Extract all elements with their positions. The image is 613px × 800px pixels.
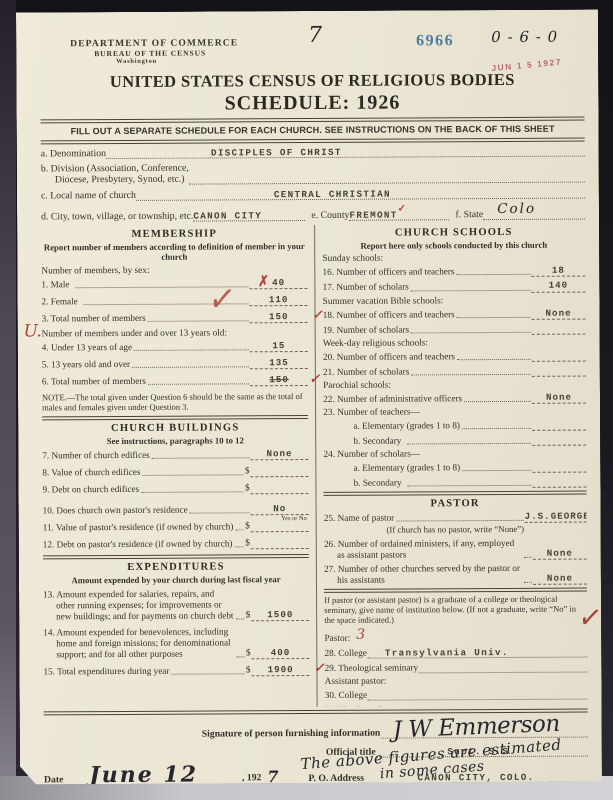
field-value-handwritten: Colo — [483, 201, 536, 217]
answer-cell: 150 ✓ — [250, 374, 308, 386]
answer-value — [532, 433, 586, 445]
field-value: DISCIPLES OF CHRIST — [211, 147, 342, 159]
census-form-paper: DEPARTMENT OF COMMERCE BUREAU OF THE CEN… — [16, 9, 602, 784]
answer-value — [532, 364, 586, 376]
answer-value — [532, 418, 586, 430]
red-check-icon: ✓ — [312, 307, 323, 323]
form-row-edifices: 7. Number of church edifices None — [42, 448, 308, 461]
field-value: CANON CITY — [193, 210, 262, 221]
form-row-pastor-seminary: 29. Theological seminary — [325, 660, 588, 673]
buildings-title: CHURCH BUILDINGS — [42, 422, 308, 434]
field-line — [189, 171, 585, 185]
field-label: f. State — [449, 209, 483, 220]
dollar-sign: $ — [245, 483, 250, 494]
field-label: c. Local name of church — [41, 190, 136, 201]
expenditures-subtitle: Amount expended by your church during la… — [43, 574, 309, 586]
question-label: 31. Theological seminary — [325, 704, 419, 708]
question-label: 10. Does church own pastor's residence — [43, 505, 188, 517]
answer-value: 18 — [531, 265, 585, 277]
pastor-name-hint: (If church has no pastor, write “None”) — [324, 523, 587, 534]
answer-value — [532, 349, 586, 361]
question-label: 18. Number of officers and teachers — [323, 309, 455, 321]
printed-year: , 192 — [242, 772, 261, 783]
answer-value: 110 — [250, 294, 308, 306]
dotted-leader — [524, 556, 532, 557]
form-row-assistant-college: 30. College — [325, 687, 588, 700]
answer-value: Transylvania Univ. — [367, 647, 509, 659]
answer-cell — [532, 349, 586, 361]
form-row-assistant-ministers: 26. Number of ordained ministers, if any… — [324, 537, 587, 560]
dotted-leader — [148, 383, 249, 385]
answer-cell — [532, 460, 586, 472]
question-label: 28. College — [324, 648, 366, 659]
form-row-parochial-officers: 22. Number of administrative officers No… — [323, 391, 586, 404]
answer-cell — [532, 433, 586, 445]
backdrop-left-band — [0, 0, 16, 800]
form-row-male: 1. Male ✗ 40 — [41, 277, 307, 290]
pastor-heading-label: Pastor: — [324, 634, 350, 644]
field-label: d. City, town, village, or township, etc… — [41, 211, 193, 223]
form-row-pastor-name: 25. Name of pastor J.S.GEORGE — [324, 510, 587, 523]
answer-value — [532, 475, 586, 487]
date-label: Date — [44, 774, 63, 785]
form-row-scholars-secondary: b. Secondary — [324, 475, 587, 488]
answer-value: None — [533, 547, 587, 559]
rule — [324, 490, 587, 495]
red-handwritten-mark: 3 — [356, 627, 365, 643]
field-line: CANON CITY — [193, 209, 305, 222]
dotted-leader — [462, 469, 531, 470]
question-label: 3. Total number of members — [42, 313, 146, 325]
dotted-leader — [411, 373, 531, 375]
answer-cell: $ 1900 ✓ — [246, 664, 310, 676]
form-row-sunday-officers: 16. Number of officers and teachers 18 — [322, 265, 585, 278]
field-denomination: a. Denomination DISCIPLES OF CHRIST — [41, 145, 585, 160]
form-row-residence-debt: 12. Debt on pastor's residence (if owned… — [43, 537, 309, 550]
rule — [43, 554, 309, 559]
dotted-leader — [237, 656, 245, 657]
form-columns: MEMBERSHIP Report number of members acco… — [41, 224, 588, 709]
question-label: b. Secondary — [354, 477, 406, 488]
question-label: 14. Amount expended for benevolences, in… — [43, 626, 235, 660]
answer-value: No — [251, 503, 309, 515]
answer-value: 140 — [531, 280, 585, 292]
answer-cell: None — [532, 307, 586, 319]
form-row-total-members-age: 6. Total number of members 150 ✓ — [42, 374, 308, 387]
question-label: 15. Total expenditures during year — [43, 666, 169, 678]
form-row-edifice-value: 8. Value of church edifices $ — [42, 465, 308, 478]
date-line: June 12 , 192 — [63, 772, 263, 785]
question-label: a. Elementary (grades 1 to 8) — [353, 420, 460, 432]
form-header: DEPARTMENT OF COMMERCE BUREAU OF THE CEN… — [40, 22, 585, 145]
schools-subtitle: Report here only schools conducted by th… — [322, 240, 585, 252]
question-heading: 24. Number of scholars— — [323, 448, 586, 459]
dollar-sign: $ — [245, 466, 250, 477]
answer-line — [418, 660, 587, 673]
red-x-icon: ✗ — [258, 272, 269, 292]
question-label: b. Secondary — [353, 435, 405, 446]
form-row-weekday-scholars: 21. Number of scholars — [323, 364, 586, 377]
answer-value: 15 — [250, 340, 308, 352]
handwritten-code: 0 - 6 - 0 — [491, 28, 558, 46]
dollar-sign: $ — [246, 610, 251, 621]
field-line: CENTRAL CHRISTIAN — [136, 187, 585, 201]
dotted-leader — [132, 366, 249, 368]
answer-value-struck: 150 — [250, 374, 308, 386]
answer-value: 400 — [251, 647, 309, 659]
answer-cell: None — [250, 448, 308, 460]
dotted-leader — [407, 442, 531, 444]
field-label-line1: b. Division (Association, Conference, — [41, 163, 189, 175]
right-column: CHURCH SCHOOLS Report here only schools … — [315, 224, 587, 707]
question-label: 11. Value of pastor's residence (if owne… — [43, 522, 234, 534]
red-check-icon: ✓ — [314, 660, 325, 676]
dotted-leader — [407, 484, 531, 486]
rule — [41, 138, 585, 145]
form-row-total-members: 3. Total number of members 150 ✓ — [42, 311, 308, 324]
question-label: 27. Number of other churches served by t… — [324, 563, 522, 586]
dotted-leader — [152, 458, 250, 460]
field-line: FREMONT✓ — [349, 208, 449, 221]
answer-value — [532, 460, 586, 472]
rule — [42, 415, 308, 420]
spacer — [44, 740, 202, 741]
question-label: 1. Male — [41, 279, 73, 290]
schools-title: CHURCH SCHOOLS — [322, 227, 585, 239]
question-label: 29. Theological seminary — [325, 662, 419, 674]
question-label: 19. Number of scholars — [323, 324, 409, 335]
answer-cell — [532, 322, 586, 334]
form-row-scholars-elementary: a. Elementary (grades 1 to 8) — [324, 460, 587, 473]
field-line: Colo — [483, 203, 585, 221]
answer-value — [251, 465, 309, 477]
field-value: FREMONT — [349, 210, 397, 221]
group-heading: Summer vacation Bible schools: — [323, 295, 586, 306]
form-row-weekday-officers: 20. Number of officers and teachers — [323, 349, 586, 362]
field-division: b. Division (Association, Conference, Di… — [41, 161, 585, 186]
answer-value: 1900 — [252, 664, 310, 676]
answer-value: None — [532, 307, 586, 319]
answer-cell: $ — [245, 520, 309, 532]
form-title: UNITED STATES CENSUS OF RELIGIOUS BODIES — [40, 70, 584, 93]
form-row-own-residence: 10. Does church own pastor's residence N… — [43, 503, 309, 516]
form-row-sunday-scholars: 17. Number of scholars 140 — [323, 280, 586, 293]
expenditures-title: EXPENDITURES — [43, 561, 309, 573]
form-row-pastor-college: 28. College Transylvania Univ. — [324, 645, 587, 659]
question-label: 22. Number of administrative officers — [323, 393, 462, 405]
spacer — [44, 758, 326, 759]
dollar-sign: $ — [245, 538, 250, 549]
group-heading: Week-day religious schools: — [323, 337, 586, 348]
red-check-icon: ✓ — [398, 203, 406, 214]
dotted-leader — [457, 274, 531, 275]
answer-value — [251, 520, 309, 532]
dotted-leader — [524, 582, 532, 583]
buildings-subtitle: See instructions, paragraphs 10 to 12 — [42, 435, 308, 447]
dotted-leader — [148, 320, 249, 322]
answer-line — [367, 687, 588, 700]
answer-cell: 110 — [250, 294, 308, 306]
red-check-icon: ✓ — [309, 371, 320, 387]
field-line: DISCIPLES OF CHRIST — [106, 145, 585, 160]
answer-cell — [532, 418, 586, 430]
answer-cell: 15 — [250, 340, 308, 352]
handwritten-page-number: 7 — [308, 23, 322, 48]
answer-cell — [532, 364, 586, 376]
answer-cell: 18 — [531, 265, 585, 277]
answer-cell: None — [533, 572, 587, 584]
dotted-leader — [396, 519, 523, 521]
form-row-13-and-over: 5. 13 years old and over 135 — [42, 357, 308, 370]
answer-cell: 150 ✓ — [250, 311, 308, 323]
group-heading: Sunday schools: — [322, 253, 585, 264]
red-margin-mark: U. — [24, 321, 42, 341]
serial-number: 6966 — [416, 32, 454, 50]
question-label: 13. Amount expended for salaries, repair… — [43, 588, 235, 622]
form-row-total-expenditures: 15. Total expenditures during year $ 190… — [43, 664, 309, 677]
membership-note: NOTE.—The total given under Question 6 s… — [42, 391, 308, 413]
question-label: 30. College — [325, 690, 367, 701]
dotted-leader — [235, 530, 244, 531]
form-subtitle: SCHEDULE: 1926 — [40, 91, 584, 117]
answer-value: None — [532, 391, 586, 403]
form-row-running-expenses: 13. Amount expended for salaries, repair… — [43, 588, 309, 622]
field-city-county-state: d. City, town, village, or township, etc… — [41, 203, 585, 223]
answer-cell: None — [532, 391, 586, 403]
form-row-teachers-elementary: a. Elementary (grades 1 to 8) — [323, 418, 586, 431]
question-label: 12. Debt on pastor's residence (if owned… — [43, 539, 233, 551]
signature-label: Signature of person furnishing informati… — [202, 728, 381, 740]
answer-value — [251, 537, 309, 549]
dotted-leader — [457, 358, 531, 359]
dotted-leader — [234, 547, 244, 548]
answer-cell: 140 — [531, 280, 585, 292]
answer-value: 135 — [250, 357, 308, 369]
answer-value — [251, 482, 309, 494]
graduate-note: If pastor (or assistant pastor) is a gra… — [324, 593, 587, 625]
answer-value: 1500 — [251, 609, 309, 621]
answer-cell: None — [533, 547, 587, 559]
question-label: 6. Total number of members — [42, 376, 146, 388]
question-label: 16. Number of officers and teachers — [322, 267, 454, 279]
answer-cell: 135 — [250, 357, 308, 369]
membership-title: MEMBERSHIP — [41, 228, 307, 240]
question-label: 7. Number of church edifices — [42, 450, 149, 462]
field-value: CENTRAL CHRISTIAN — [274, 189, 391, 201]
answer-value: None — [250, 448, 308, 460]
dotted-leader — [411, 289, 531, 291]
form-row-residence-value: 11. Value of pastor's residence (if owne… — [43, 520, 309, 533]
dotted-leader — [411, 331, 531, 333]
question-label: 25. Name of pastor — [324, 512, 394, 523]
dotted-leader — [237, 618, 245, 619]
field-label: a. Denomination — [41, 148, 106, 159]
answer-cell: J.S.GEORGE — [525, 510, 587, 522]
question-label: 8. Value of church edifices — [42, 467, 140, 479]
answer-cell: ✗ 40 — [250, 277, 308, 289]
answer-line — [418, 702, 587, 708]
question-label: 20. Number of officers and teachers — [323, 351, 455, 363]
signature-row: Signature of person furnishing informati… — [44, 726, 588, 741]
dollar-sign: $ — [245, 521, 250, 532]
answer-cell: $ 1500 — [246, 609, 310, 621]
answer-cell: $ — [245, 537, 309, 549]
dotted-leader — [134, 349, 249, 351]
answer-cell — [532, 475, 586, 487]
question-label: 4. Under 13 years of age — [42, 342, 132, 354]
form-row-assistant-seminary: 31. Theological seminary — [325, 702, 588, 708]
identification-section: U. ✓ a. Denomination DISCIPLES OF CHRIST… — [41, 145, 585, 223]
form-row-female: 2. Female 110 — [41, 294, 307, 307]
question-label: 9. Debt on church edifices — [42, 484, 139, 496]
field-label: e. County — [305, 210, 349, 221]
answer-value: J.S.GEORGE — [525, 510, 587, 522]
dotted-leader — [464, 400, 531, 401]
question-label: 17. Number of scholars — [323, 282, 409, 293]
question-heading: 23. Number of teachers— — [323, 406, 586, 417]
question-label: 5. 13 years old and over — [42, 359, 130, 370]
question-label: a. Elementary (grades 1 to 8) — [354, 462, 461, 474]
answer-cell: No Yes or No — [251, 503, 309, 515]
instruction-banner: FILL OUT A SEPARATE SCHEDULE FOR EACH CH… — [41, 123, 585, 138]
left-column: MEMBERSHIP Report number of members acco… — [41, 225, 318, 708]
group-heading: Number of members under and over 13 year… — [42, 328, 308, 339]
form-row-summer-officers: 18. Number of officers and teachers None — [323, 307, 586, 320]
question-label: 21. Number of scholars — [323, 366, 409, 377]
rule — [324, 587, 587, 592]
field-label-line2: Diocese, Presbytery, Synod, etc.) — [41, 174, 189, 186]
answer-cell: $ — [245, 465, 309, 477]
form-row-other-churches: 27. Number of other churches served by t… — [324, 562, 587, 585]
form-row-under-13: 4. Under 13 years of age 15 — [42, 340, 308, 353]
answer-value — [532, 322, 586, 334]
assistant-subheading: Assistant pastor: — [325, 675, 588, 686]
dotted-leader — [142, 475, 243, 477]
form-row-teachers-secondary: b. Secondary — [323, 433, 586, 446]
form-row-edifice-debt: 9. Debt on church edifices $ — [42, 482, 308, 495]
answer-cell: $ 400 — [246, 647, 310, 659]
pastor-title: PASTOR — [324, 497, 587, 509]
answer-cell: $ — [245, 482, 309, 494]
dotted-leader — [190, 513, 250, 514]
dollar-sign: $ — [246, 665, 251, 676]
form-row-summer-scholars: 19. Number of scholars — [323, 322, 586, 335]
answer-value: 150 — [250, 311, 308, 323]
answer-value: None — [533, 572, 587, 584]
dotted-leader — [457, 316, 531, 317]
question-label: 26. Number of ordained ministers, if any… — [324, 537, 522, 560]
dollar-sign: $ — [246, 648, 251, 659]
dotted-leader — [462, 427, 531, 428]
group-heading: Parochial schools: — [323, 379, 586, 390]
question-label: 2. Female — [41, 296, 81, 307]
dotted-leader — [171, 673, 244, 674]
dotted-leader — [141, 492, 244, 494]
field-local-name: c. Local name of church CENTRAL CHRISTIA… — [41, 187, 585, 202]
membership-subtitle: Report number of members according to de… — [41, 241, 307, 263]
field-label: b. Division (Association, Conference, Di… — [41, 163, 189, 186]
pastor-subheading: Pastor:3 — [324, 627, 587, 644]
form-row-benevolences: 14. Amount expended for benevolences, in… — [43, 626, 309, 660]
answer-line: Transylvania Univ. — [367, 645, 588, 658]
